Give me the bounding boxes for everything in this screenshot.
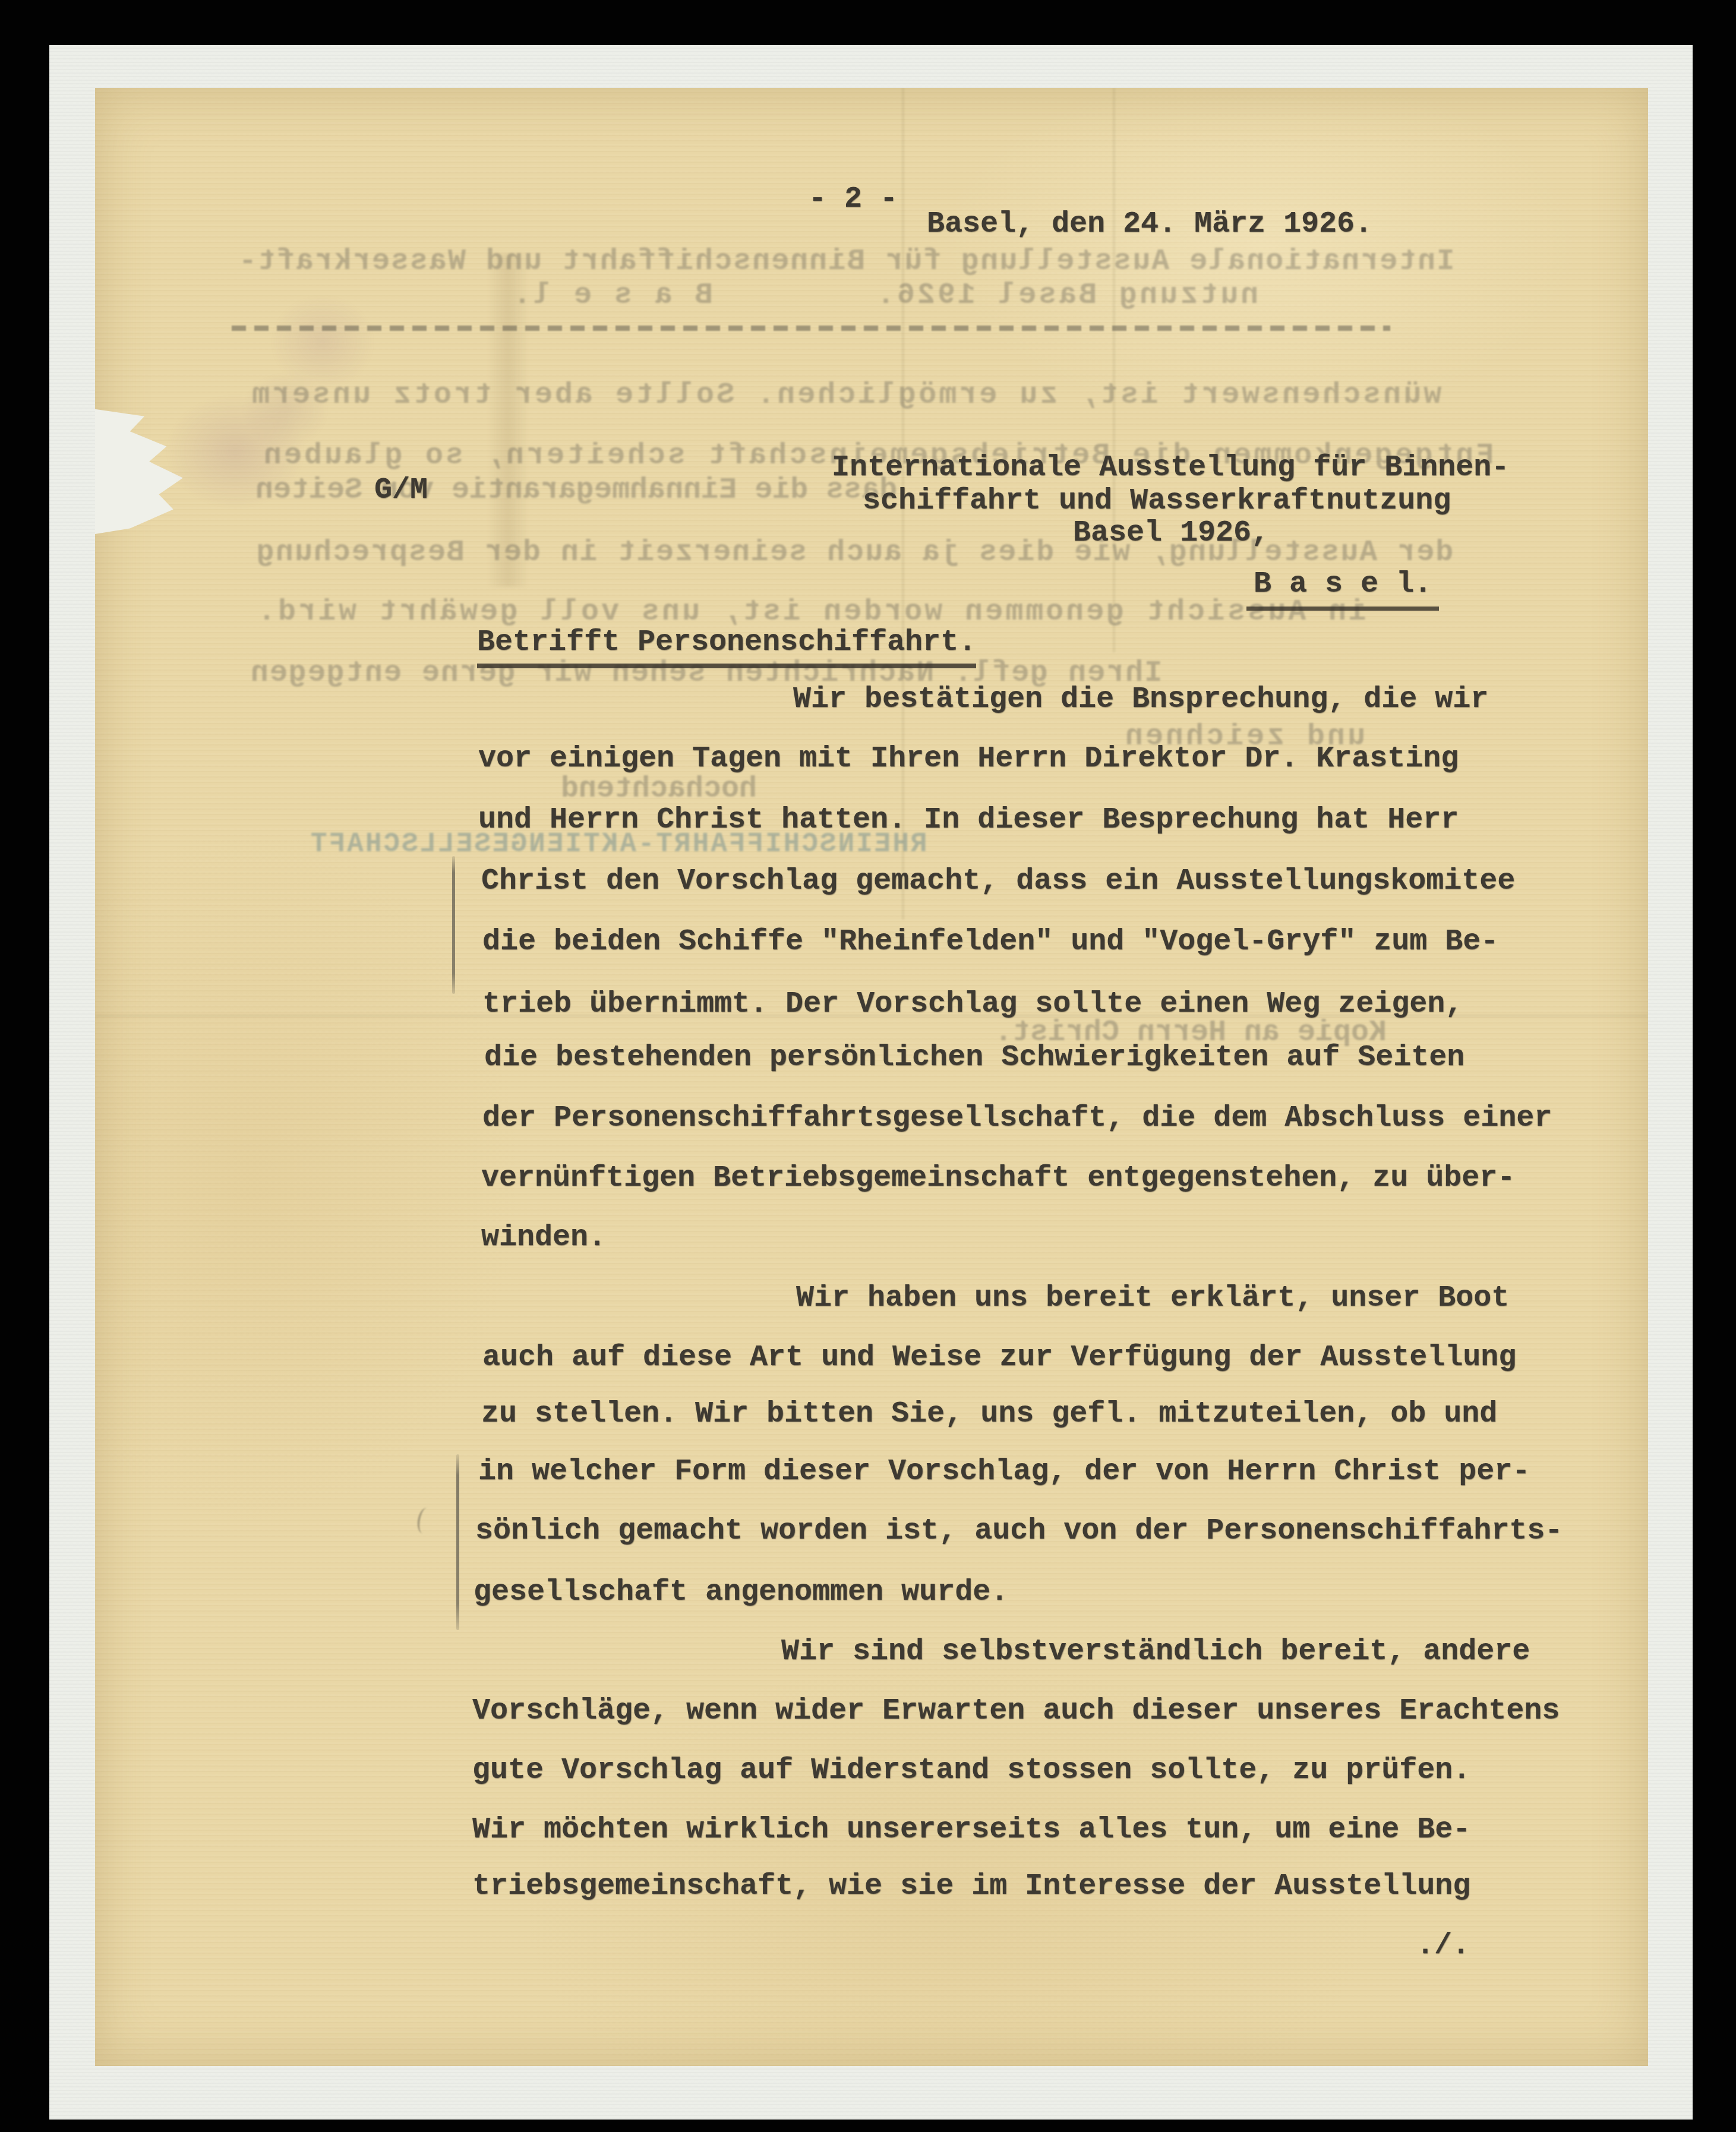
recipient-address-line-3: Basel 1926, [1073, 517, 1269, 549]
recipient-address-line-1: Internationale Ausstellung für Binnen- [832, 451, 1509, 484]
bleedthrough-line: der Ausstellung, wie dies ja auch seiner… [255, 536, 1453, 569]
bleedthrough-line: hochachtend [561, 773, 757, 806]
body-line: Christ den Vorschlag gemacht, dass ein A… [481, 865, 1515, 898]
pencil-tick-mark [415, 1506, 434, 1534]
letter-paper: Internationale Ausstellung für Binnensch… [95, 88, 1648, 2066]
scanned-letter-screenshot: Internationale Ausstellung für Binnensch… [0, 0, 1736, 2132]
body-line: triebsgemeinschaft, wie sie im Interesse… [472, 1870, 1470, 1903]
body-line: Wir bestätigen die Bnsprechung, die wir [793, 683, 1488, 716]
body-line: Wir möchten wirklich unsererseits alles … [472, 1814, 1470, 1846]
recipient-city-underlined: B a s e l. [1246, 567, 1439, 611]
body-line: Vorschläge, wenn wider Erwarten auch die… [472, 1695, 1560, 1727]
reference-initials: G/M [374, 474, 428, 507]
subject-text-underlined: Betrifft Personenschiffahrt. [477, 626, 976, 668]
bleedthrough-letterhead-line-2: nutzung Basel 1926. B a s e l. [511, 279, 1258, 312]
bleedthrough-line: dass die Einnahmegarantie von Seiten [255, 474, 897, 507]
subject-line: Betrifft Personenschiffahrt. [477, 626, 976, 659]
body-line: gesellschaft angenommen wurde. [474, 1576, 1008, 1609]
body-line: winden. [481, 1221, 606, 1254]
pencil-margin-line-1 [452, 856, 455, 994]
body-line: zu stellen. Wir bitten Sie, uns gefl. mi… [481, 1398, 1497, 1430]
bleedthrough-line: in Aussicht genommen worden ist, uns vol… [255, 596, 1366, 628]
bleedthrough-underline-rule [232, 326, 1390, 331]
body-line: trieb übernimmt. Der Vorschlag sollte ei… [482, 988, 1463, 1021]
body-line: und Herrn Christ hatten. In dieser Bespr… [478, 804, 1459, 836]
date-line: Basel, den 24. März 1926. [927, 208, 1372, 241]
body-line: Wir sind selbstverständlich bereit, ande… [781, 1635, 1530, 1668]
recipient-address-line-4: B a s e l. [1254, 568, 1439, 601]
body-line: in welcher Form dieser Vorschlag, der vo… [478, 1455, 1530, 1488]
body-line: vor einigen Tagen mit Ihren Herrn Direkt… [478, 743, 1459, 775]
body-line: gute Vorschlag auf Widerstand stossen so… [472, 1754, 1470, 1787]
bleedthrough-line: wünschenswert ist, zu ermöglichen. Sollt… [250, 379, 1441, 412]
body-line: auch auf diese Art und Weise zur Verfügu… [482, 1341, 1516, 1374]
recipient-address-line-2: schiffahrt und Wasserkraftnutzung [863, 485, 1451, 517]
pencil-margin-line-2 [456, 1454, 459, 1630]
body-line: Wir haben uns bereit erklärt, unser Boot [796, 1282, 1509, 1315]
body-line: die bestehenden persönlichen Schwierigke… [484, 1041, 1464, 1074]
body-line: die beiden Schiffe "Rheinfelden" und "Vo… [482, 926, 1498, 958]
body-line: sönlich gemacht worden ist, auch von der… [475, 1515, 1563, 1547]
body-line: vernünftigen Betriebsgemeinschaft entgeg… [481, 1162, 1515, 1195]
page-number: - 2 - [809, 183, 898, 216]
continuation-mark: ./. [1416, 1929, 1470, 1962]
bleedthrough-letterhead-line-1: Internationale Ausstellung für Binnensch… [238, 245, 1454, 278]
body-line: der Personenschiffahrtsgesellschaft, die… [482, 1102, 1552, 1135]
